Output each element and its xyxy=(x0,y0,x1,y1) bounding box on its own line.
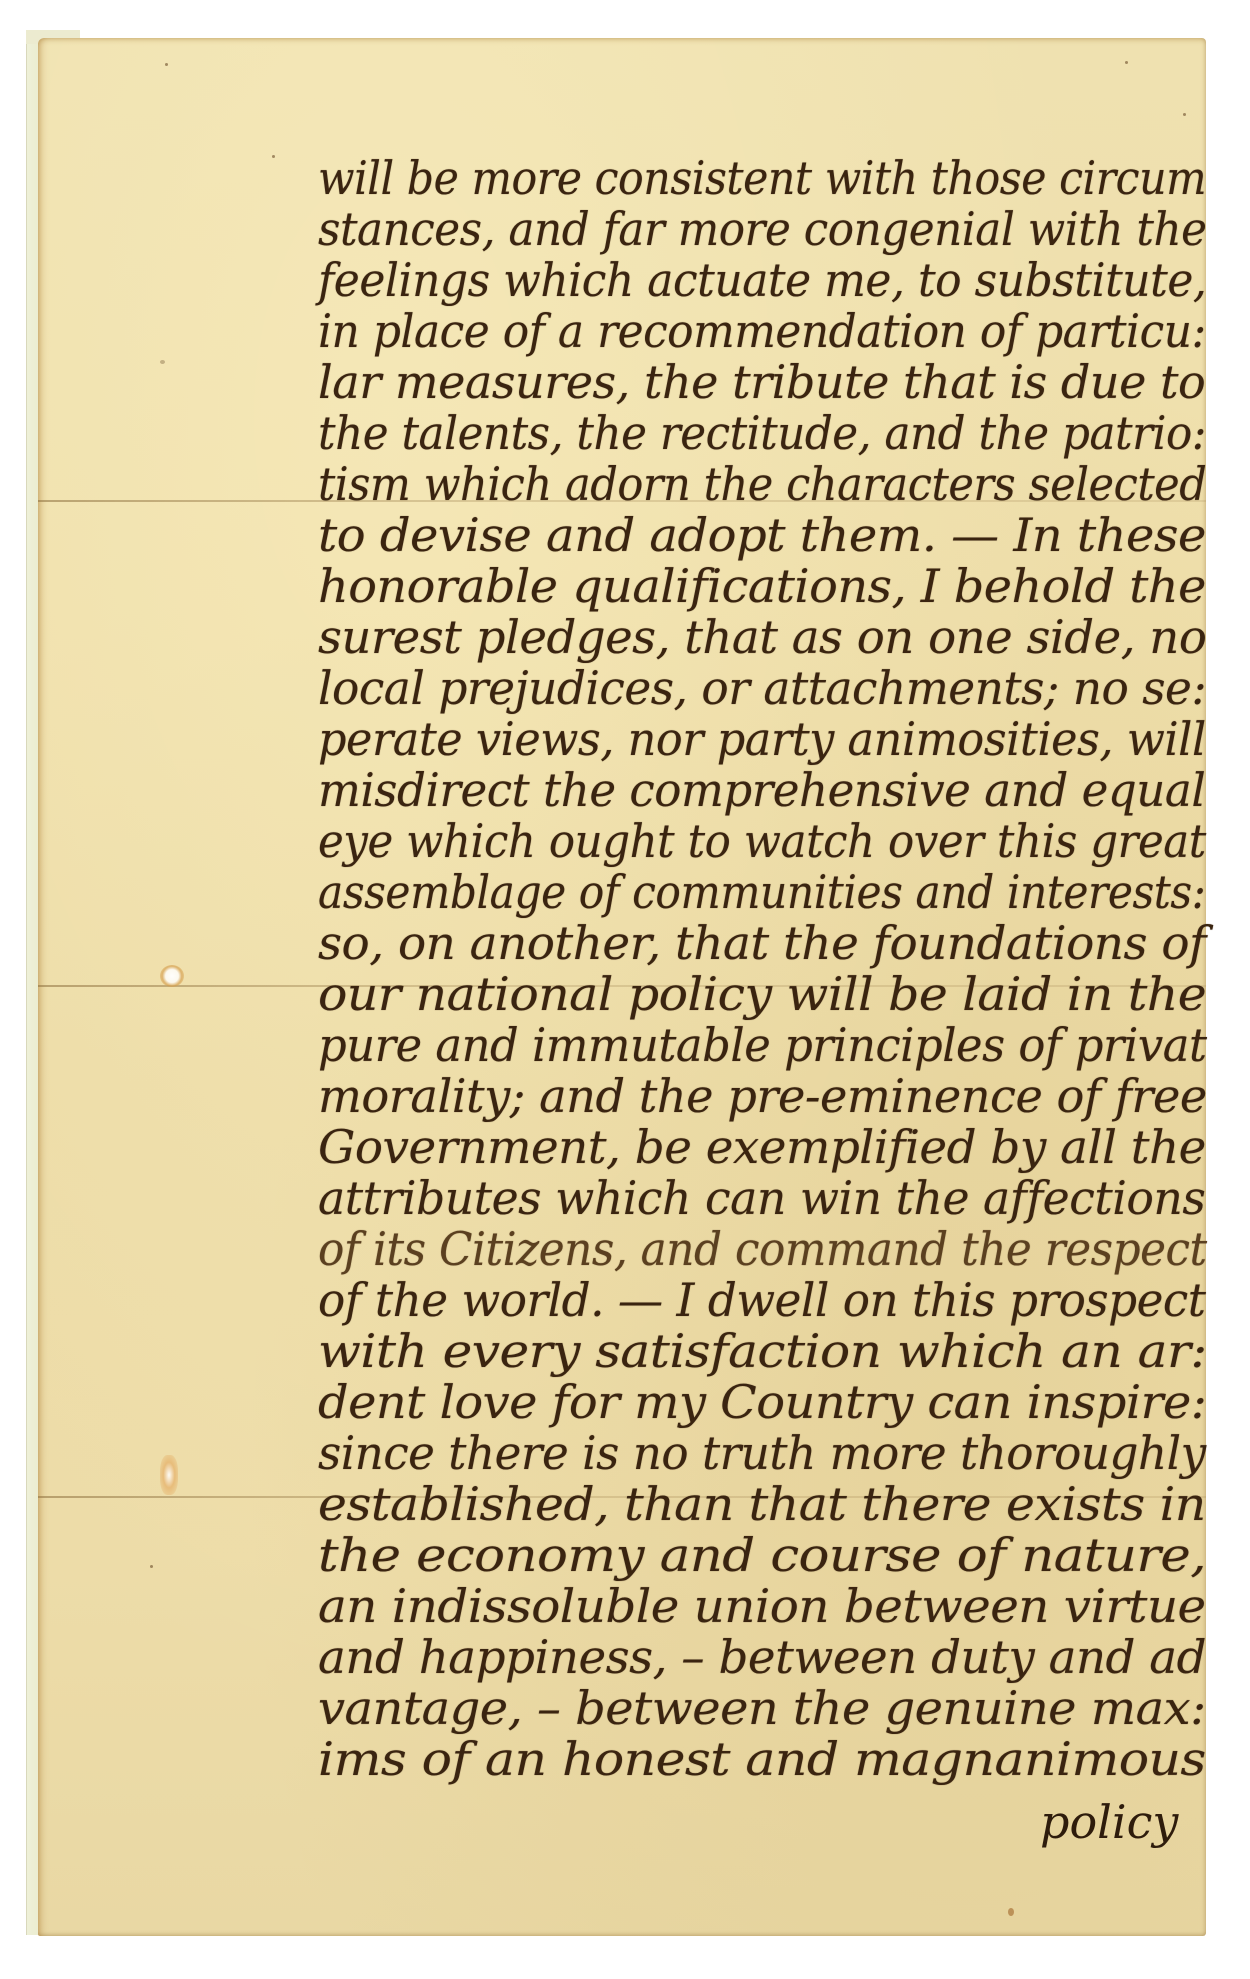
manuscript-line: to devise and adopt them. — In these xyxy=(318,512,1206,558)
paper-speck xyxy=(165,63,168,66)
manuscript-line: so, on another, that the foundations of xyxy=(318,920,1206,966)
manuscript-line: surest pledges, that as on one side, no xyxy=(318,614,1206,660)
manuscript-line: perate views, nor party animosities, wil… xyxy=(318,716,1206,762)
paper-speck xyxy=(272,155,275,158)
manuscript-line: and happiness, – between duty and ad xyxy=(318,1634,1206,1680)
manuscript-line: tism which adorn the characters selected xyxy=(318,461,1206,507)
manuscript-line: dent love for my Country can inspire: xyxy=(318,1379,1206,1425)
manuscript-line: attributes which can win the affections xyxy=(318,1175,1205,1221)
manuscript-line: will be more consistent with those circu… xyxy=(318,155,1206,201)
manuscript-line: our national policy will be laid in the xyxy=(318,971,1206,1017)
manuscript-line: an indissoluble union between virtue xyxy=(318,1583,1206,1629)
manuscript-line: in place of a recommendation of particu: xyxy=(318,308,1206,354)
manuscript-line: misdirect the comprehensive and equal xyxy=(318,767,1205,813)
manuscript-line: stances, and far more congenial with the xyxy=(318,206,1207,252)
document-scan: will be more consistent with those circu… xyxy=(0,0,1250,1979)
paper-hole-stain xyxy=(160,1455,178,1495)
manuscript-line: of its Citizens, and command the respect xyxy=(318,1226,1207,1272)
paper-speck xyxy=(1183,113,1186,116)
paper-speck xyxy=(1125,61,1128,64)
manuscript-line: of the world. — I dwell on this prospect xyxy=(318,1277,1205,1323)
manuscript-line: pure and immutable principles of privat xyxy=(318,1022,1206,1068)
manuscript-line: established, than that there exists in xyxy=(318,1481,1206,1527)
paper-speck xyxy=(150,1565,153,1568)
manuscript-line: assemblage of communities and interests: xyxy=(318,869,1205,915)
manuscript-line: the economy and course of nature, xyxy=(318,1532,1206,1578)
manuscript-line: morality; and the pre-eminence of free xyxy=(318,1073,1207,1119)
manuscript-line: local prejudices, or attachments; no se: xyxy=(318,665,1206,711)
manuscript-line: ims of an honest and magnanimous xyxy=(318,1736,1206,1782)
manuscript-line: since there is no truth more thoroughly xyxy=(318,1430,1206,1476)
paper-speck xyxy=(160,360,165,364)
manuscript-line: feelings which actuate me, to substitute… xyxy=(318,257,1206,303)
manuscript-line: the talents, the rectitude, and the patr… xyxy=(318,410,1206,456)
manuscript-line: with every satisfaction which an ar: xyxy=(318,1328,1207,1374)
catchword: policy xyxy=(1040,1795,1178,1849)
manuscript-line: vantage, – between the genuine max: xyxy=(318,1685,1206,1731)
manuscript-line: Government, be exemplified by all the xyxy=(318,1124,1206,1170)
manuscript-line: eye which ought to watch over this great xyxy=(318,818,1206,864)
manuscript-line: honorable qualifications, I behold the xyxy=(318,563,1206,609)
paper-speck xyxy=(1008,1908,1014,1916)
manuscript-line: lar measures, the tribute that is due to xyxy=(318,359,1205,405)
paper-hole-stain xyxy=(160,965,184,987)
